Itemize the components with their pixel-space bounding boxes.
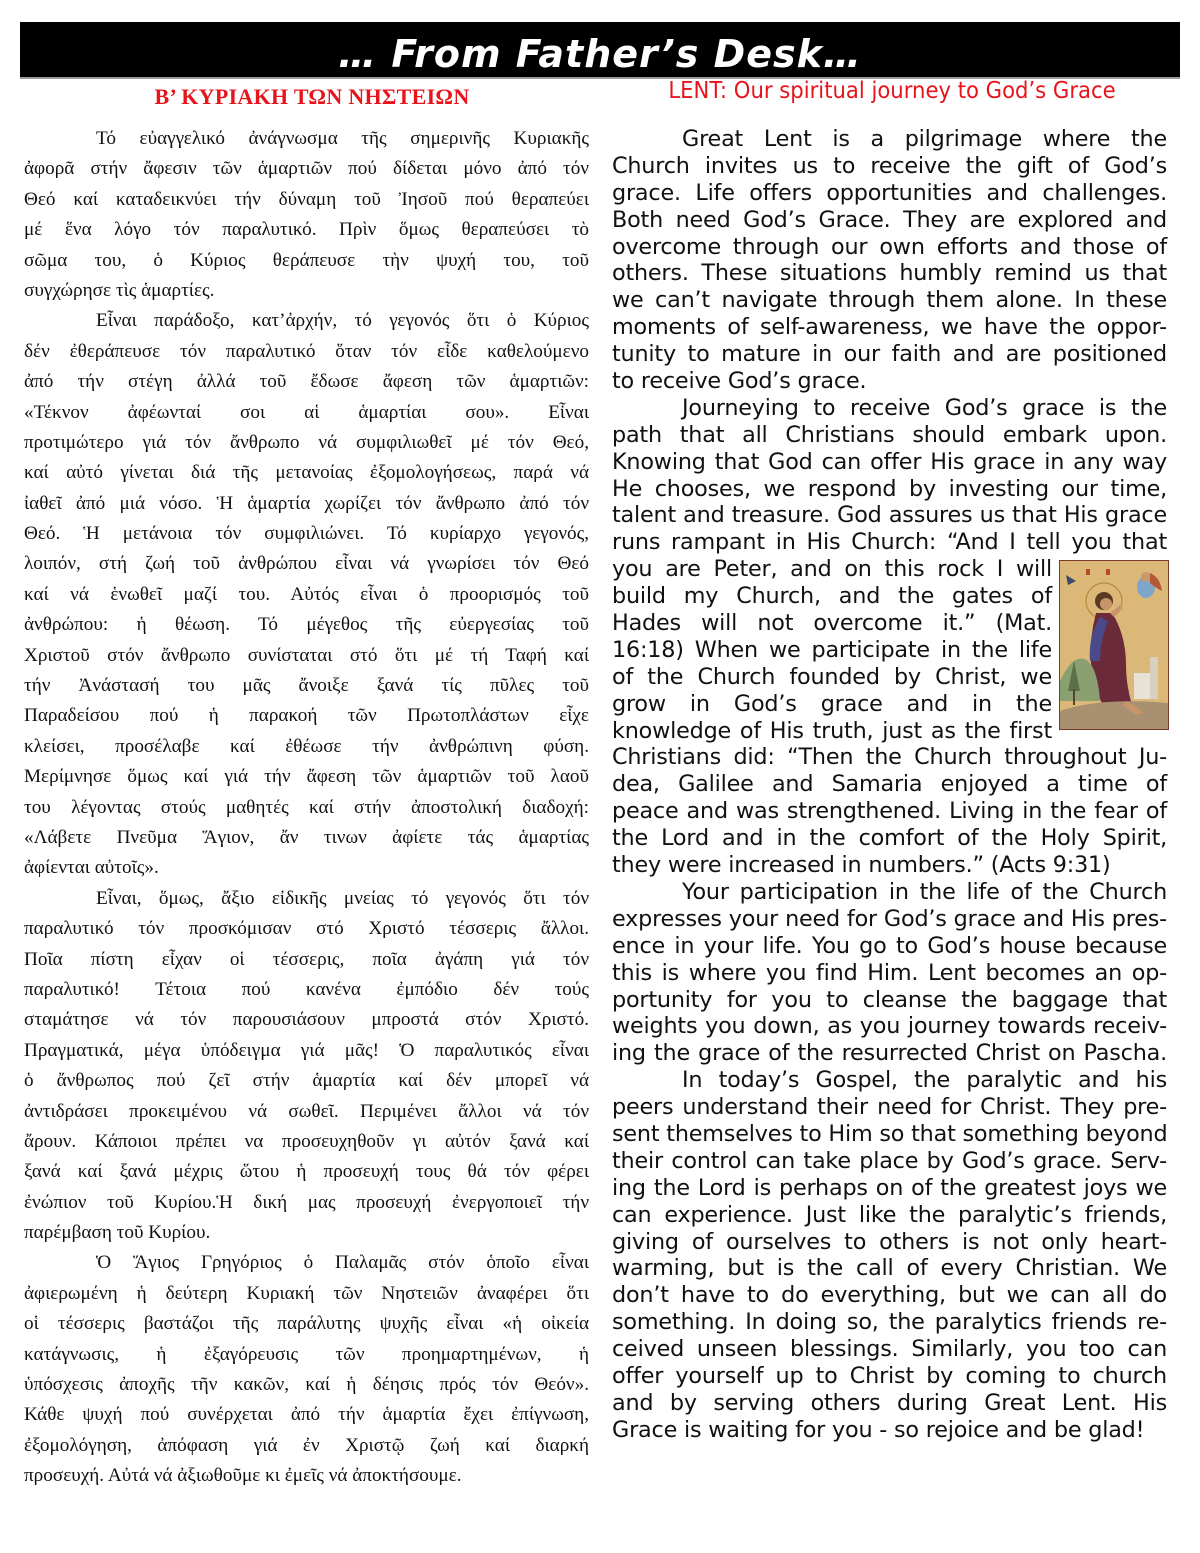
text-line: others. These situations humbly remind u… — [612, 260, 1167, 287]
text-line: ἐξομολόγηση, ἀπόφαση γιά ἐν Χριστῷ ζωή κ… — [24, 1431, 589, 1461]
text-line: ἀπό τήν στέγη ἀλλά τοῦ ἔδωσε ἄφεση τῶν ἁ… — [24, 367, 589, 397]
text-line: κλείσει, προσέλαβε καί ἐθέωσε τήν ἀνθρώπ… — [24, 732, 589, 762]
text-line: ence in your life. You go to God’s house… — [612, 933, 1167, 960]
text-line: κατάγνωσις, ἡ ἐξαγόρευσις τῶν προημαρτημ… — [24, 1340, 589, 1370]
text-line: Χριστοῦ στόν ἄνθρωπο συνίσταται στό ὅτι … — [24, 641, 589, 671]
text-line: sent themselves to Him so that something… — [612, 1121, 1167, 1148]
text-line: knowledge of His truth, just as the firs… — [612, 718, 1052, 745]
text-line: ἰαθεῖ ἀπό μιά νόσο. Ἡ ἁμαρτία χωρίζει τό… — [24, 489, 589, 519]
text-line: 16:18) When we participate in the life — [612, 637, 1052, 664]
text-line: του λέγοντας στούς μαθητές καί στήν ἀποσ… — [24, 793, 589, 823]
text-line: don’t have to do everything, but we can … — [612, 1282, 1167, 1309]
text-line: moments of self-awareness, we have the o… — [612, 314, 1167, 341]
text-line: Εἶναι παράδοξο, κατ’ἀρχήν, τό γεγονός ὅτ… — [24, 306, 589, 336]
text-line: ἀφιερωμένη ἡ δεύτερη Κυριακή τῶν Νηστειῶ… — [24, 1279, 589, 1309]
text-line: Παραδείσου πού ἡ παρακοή τῶν Πρωτοπλάστω… — [24, 701, 589, 731]
text-line: καί νά ἑνωθεῖ μαζί του. Αὐτός εἶναι ὁ πρ… — [24, 580, 589, 610]
gethsemane-icon-image — [1059, 560, 1169, 730]
text-line: Hades will not overcome it.” (Mat. — [612, 610, 1052, 637]
text-line: καί αὐτό γίνεται διά τῆς μετανοίας ἐξομο… — [24, 458, 589, 488]
text-line: Μερίμνησε ὅμως καί γιά τήν ἄφεση τῶν ἁμα… — [24, 762, 589, 792]
text-line: οἱ τέσσερις βαστάζοι τῆς παράλυτης ψυχῆς… — [24, 1309, 589, 1339]
text-line: Knowing that God can offer His grace in … — [612, 449, 1167, 476]
text-line: Θεό. Ἡ μετάνοια τόν συμφιλιώνει. Τό κυρί… — [24, 519, 589, 549]
text-line: τήν Ἀνάστασή του μᾶς ἄνοιξε ξανά τίς πῦλ… — [24, 671, 589, 701]
text-line: build my Church, and the gates of — [612, 583, 1052, 610]
text-line: συγχώρησε τὶς ἁμαρτίες. — [24, 276, 589, 306]
text-line: giving of ourselves to others is not onl… — [612, 1229, 1167, 1256]
text-line: ἀντιδράσει προκειμένου νά σωθεῖ. Περιμέν… — [24, 1097, 589, 1127]
text-line: ceived unseen blessings. Similarly, you … — [612, 1336, 1167, 1363]
text-line: ἀφορᾶ στήν ἄφεσιν τῶν ἁμαρτιῶν πού δίδετ… — [24, 154, 589, 184]
text-line: expresses your need for God’s grace and … — [612, 906, 1167, 933]
text-line: ὑπόσχεσις ἀποχῆς τῆν κακῶν, καί ἡ δέησις… — [24, 1370, 589, 1400]
text-line: tunity to mature in our faith and are po… — [612, 341, 1167, 368]
page-banner: … From Father’s Desk… — [20, 22, 1180, 79]
text-line: Θεό καί καταδεικνύει τήν δύναμη τοῦ Ἰησο… — [24, 185, 589, 215]
greek-article-heading: Β’ ΚΥΡΙΑΚΗ ΤΩΝ ΝΗΣΤΕΙΩΝ — [22, 84, 602, 110]
text-line: ἀφίενται αὐτοῖς». — [24, 853, 589, 883]
text-line: grow in God’s grace and in the — [612, 691, 1052, 718]
text-line: path that all Christians should embark u… — [612, 422, 1167, 449]
text-line: ξανά καί ξανά μέχρις ὥτου ἡ προσευχή του… — [24, 1157, 589, 1187]
text-line: talent and treasure. God assures us that… — [612, 502, 1167, 529]
text-line: grace. Life offers opportunities and cha… — [612, 180, 1167, 207]
text-line: παραλυτικό! Τέτοια πού κανένα ἐμπόδιο δέ… — [24, 975, 589, 1005]
text-line: παρέμβαση τοῦ Κυρίου. — [24, 1218, 589, 1248]
text-line: δέν ἐθεράπευσε τόν παραλυτικό ὅταν τόν ε… — [24, 337, 589, 367]
english-article-body: Great Lent is a pilgrimage where the Chu… — [612, 126, 1167, 1444]
text-line: overcome through our own efforts and tho… — [612, 234, 1167, 261]
text-line: portunity for you to cleanse the baggage… — [612, 987, 1167, 1014]
text-line: Τό εὐαγγελικό ἀνάγνωσμα τῆς σημερινῆς Κυ… — [24, 124, 589, 154]
text-line: Πραγματικά, μέγα ὑπόδειγμα γιά μᾶς! Ὁ πα… — [24, 1036, 589, 1066]
english-article-heading: LENT: Our spiritual journey to God’s Gra… — [634, 78, 1149, 104]
text-line: ing the Lord is perhaps on of the greate… — [612, 1175, 1167, 1202]
text-line: and by serving others during Great Lent.… — [612, 1390, 1167, 1417]
text-line: ἀνθρώπου: ἡ θέωση. Τό μέγεθος τῆς εὐεργε… — [24, 610, 589, 640]
text-line: peers understand their need for Christ. … — [612, 1094, 1167, 1121]
text-line: ἄρουν. Κάποιοι πρέπει να προσευχηθοῦν γι… — [24, 1127, 589, 1157]
text-line: Εἶναι, ὅμως, ἄξιο εἰδικῆς μνείας τό γεγο… — [24, 884, 589, 914]
text-line: «Τέκνον ἀφέωνταί σοι αἱ ἁμαρτίαι σου». Ε… — [24, 398, 589, 428]
text-line: ἐνώπιον τοῦ Κυρίου.Ἡ δική μας προσευχή ἐ… — [24, 1188, 589, 1218]
text-line: we can’t navigate through them alone. In… — [612, 287, 1167, 314]
text-line: προτιμώτερο γιά τόν ἄνθρωπο νά συμφιλιωθ… — [24, 428, 589, 458]
text-line: Both need God’s Grace. They are explored… — [612, 207, 1167, 234]
text-line: to receive God’s grace. — [612, 368, 1167, 395]
text-line: «Λάβετε Πνεῦμα Ἅγιον, ἄν τινων ἀφίετε τά… — [24, 823, 589, 853]
text-line: you are Peter, and on this rock I will — [612, 556, 1052, 583]
text-line: σταμάτησε νά τόν παρουσιάσουν μπροστά στ… — [24, 1005, 589, 1035]
text-line: σῶμα του, ὁ Κύριος θεράπευσε τὴν ψυχή το… — [24, 246, 589, 276]
text-line: In today’s Gospel, the paralytic and his — [612, 1067, 1167, 1094]
text-line: their control can take place by God’s gr… — [612, 1148, 1167, 1175]
text-line: something. In doing so, the paralytics f… — [612, 1309, 1167, 1336]
text-line: He chooses, we respond by investing our … — [612, 476, 1167, 503]
text-line: can experience. Just like the paralytic’… — [612, 1202, 1167, 1229]
text-line: Grace is waiting for you - so rejoice an… — [612, 1417, 1167, 1444]
text-line: peace and was strengthened. Living in th… — [612, 798, 1167, 825]
text-line: dea, Galilee and Samaria enjoyed a time … — [612, 771, 1167, 798]
greek-article-body: Τό εὐαγγελικό ἀνάγνωσμα τῆς σημερινῆς Κυ… — [24, 124, 589, 1492]
text-line: προσευχή. Αὐτά νά ἀξιωθοῦμε κι ἐμεῖς νά … — [24, 1461, 589, 1491]
text-line: Ὁ Ἅγιος Γρηγόριος ὁ Παλαμᾶς στόν ὁποῖο ε… — [24, 1248, 589, 1278]
text-line: Christians did: “Then the Church through… — [612, 744, 1167, 771]
text-line: ὁ ἄνθρωπος πού ζεῖ στήν ἁμαρτία καί δέν … — [24, 1066, 589, 1096]
text-line: this is where you find Him. Lent becomes… — [612, 960, 1167, 987]
text-line: warming, but is the call of every Christ… — [612, 1255, 1167, 1282]
text-line: Journeying to receive God’s grace is the — [612, 395, 1167, 422]
text-line: weights you down, as you journey towards… — [612, 1013, 1167, 1040]
text-line: Ποῖα πίστη εἶχαν οἱ τέσσερις, ποῖα ἀγάπη… — [24, 945, 589, 975]
text-line: παραλυτικό τόν προσκόμισαν στό Χριστό τέ… — [24, 914, 589, 944]
text-line: ing the grace of the resurrected Christ … — [612, 1040, 1167, 1067]
text-line: they were increased in numbers.” (Acts 9… — [612, 852, 1167, 879]
text-line: runs rampant in His Church: “And I tell … — [612, 529, 1167, 556]
text-line: λοιπόν, στή ζωή τοῦ ἀνθρώπου εἶναι νά γν… — [24, 549, 589, 579]
praying-christ-icon — [1060, 561, 1168, 729]
banner-title: … From Father’s Desk… — [338, 24, 862, 76]
text-line: μέ ἕνα λόγο τόν παραλυτικό. Πρὶν ὅμως θε… — [24, 215, 589, 245]
text-line: the Lord and in the comfort of the Holy … — [612, 825, 1167, 852]
text-line: Κάθε ψυχή πού συνέρχεται ἀπό τήν ἁμαρτία… — [24, 1400, 589, 1430]
text-line: Church invites us to receive the gift of… — [612, 153, 1167, 180]
text-line: Your participation in the life of the Ch… — [612, 879, 1167, 906]
text-line: Great Lent is a pilgrimage where the — [612, 126, 1167, 153]
text-line: of the Church founded by Christ, we — [612, 664, 1052, 691]
text-line: offer yourself up to Christ by coming to… — [612, 1363, 1167, 1390]
